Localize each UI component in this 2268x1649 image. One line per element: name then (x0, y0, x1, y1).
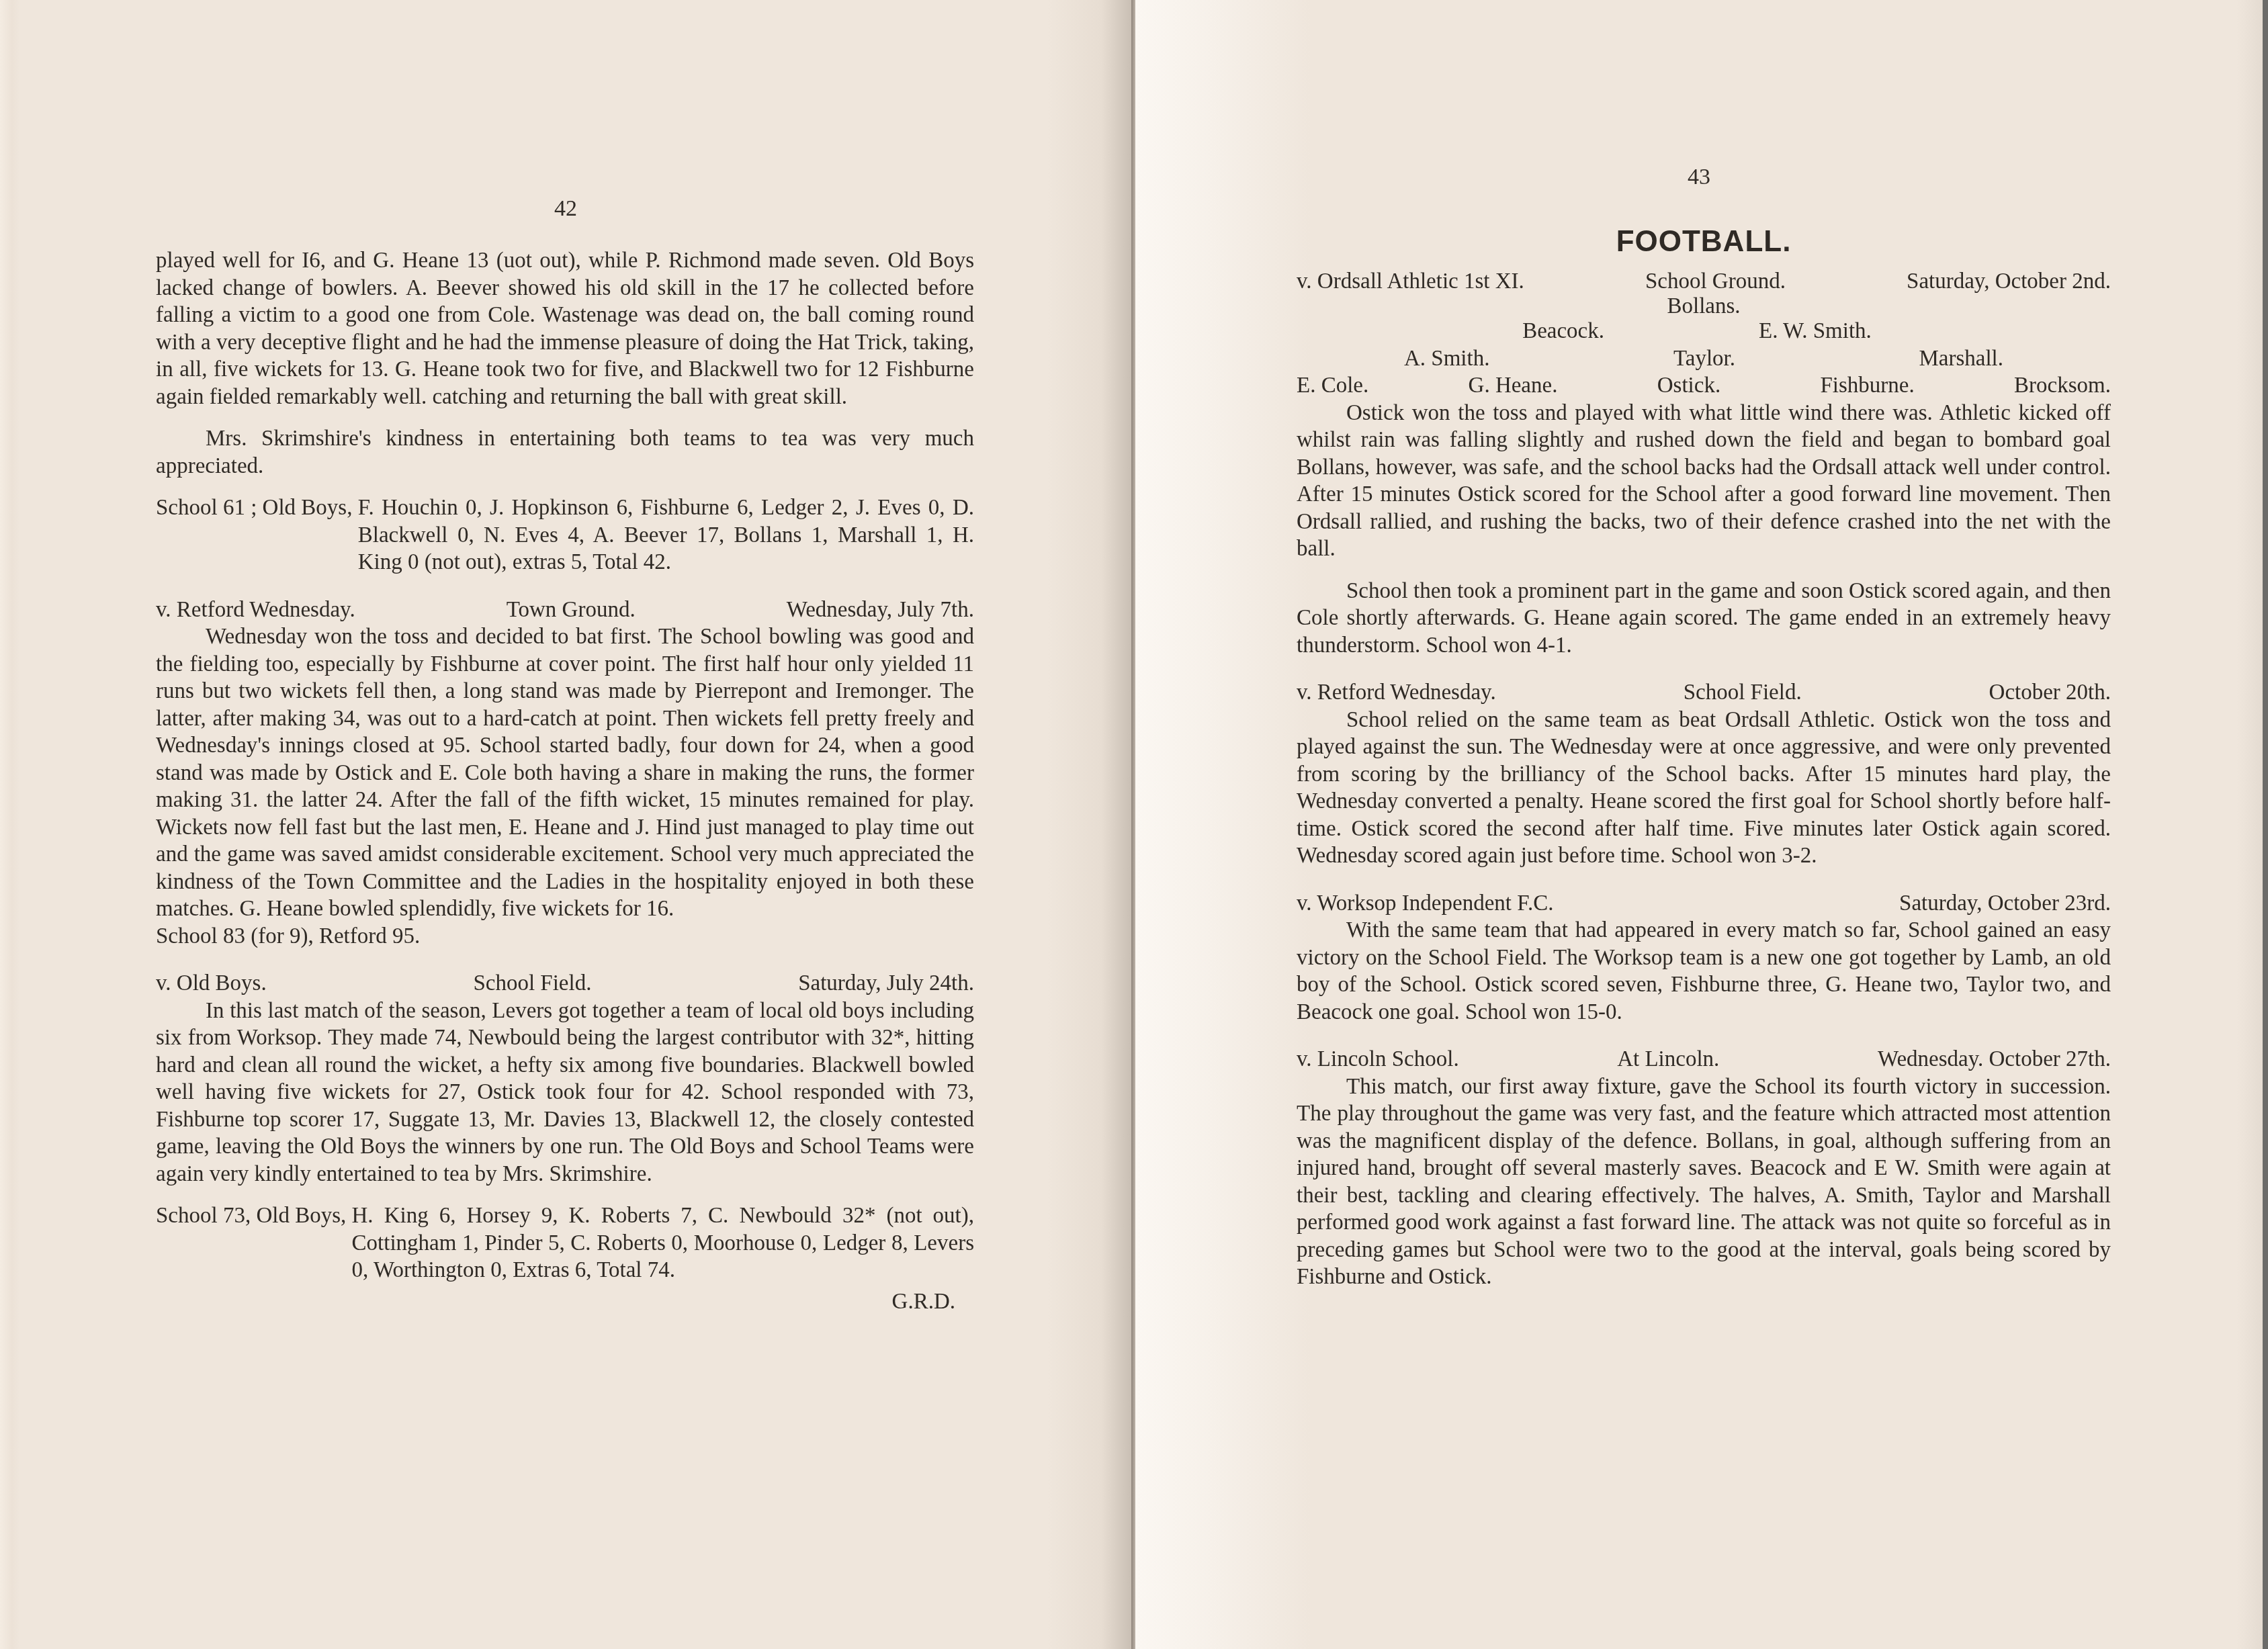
paragraph: Ostick won the toss and played with what… (1297, 400, 2111, 563)
fixture-heading: v. Lincoln School. At Lincoln. Wednesday… (1297, 1046, 2111, 1073)
fixture-heading: v. Worksop Independent F.C. Saturday, Oc… (1297, 890, 2111, 918)
player-name: Bollans. (1667, 295, 1740, 318)
fixture-opponent: v. Ordsall Athletic 1st XI. (1297, 268, 1524, 296)
paragraph: In this last match of the season, Levers… (156, 997, 974, 1188)
fixture-date: October 20th. (1989, 679, 2111, 707)
scorecard-body: H. King 6, Horsey 9, K. Roberts 7, C. Ne… (352, 1202, 974, 1284)
book-edge (2263, 0, 2268, 1649)
player-name: Fishburne. (1821, 372, 1915, 400)
fixture-opponent: v. Retford Wednesday. (156, 596, 355, 624)
fixture-venue: Town Ground. (507, 596, 636, 624)
fixture-date: Saturday, October 23rd. (1899, 890, 2111, 918)
scorecard-body: F. Houchin 0, J. Hopkinson 6, Fishburne … (358, 494, 974, 576)
player-name: Beacock. (1522, 318, 1604, 345)
paragraph: This match, our first away fixture, gave… (1297, 1073, 2111, 1291)
lineup-backs: Beacock. E. W. Smith. (1297, 318, 2111, 345)
fixture-heading: v. Retford Wednesday. School Field. Octo… (1297, 679, 2111, 707)
player-name: Ostick. (1657, 372, 1720, 400)
player-name: E. Cole. (1297, 372, 1368, 400)
player-name: G. Heane. (1469, 372, 1558, 400)
fixture-date: Saturday, October 2nd. (1907, 268, 2111, 296)
fixture-heading: v. Retford Wednesday. Town Ground. Wedne… (156, 596, 974, 624)
page-number: 43 (1135, 165, 2263, 190)
signature: G.R.D. (156, 1288, 974, 1316)
lineup-forwards: E. Cole. G. Heane. Ostick. Fishburne. Br… (1297, 372, 2111, 400)
paragraph: School then took a prominent part in the… (1297, 578, 2111, 660)
fixture-date: Wednesday. October 27th. (1878, 1046, 2111, 1073)
lineup-halves: A. Smith. Taylor. Marshall. (1297, 345, 2111, 373)
left-text-column: played well for I6, and G. Heane 13 (uot… (156, 247, 974, 1315)
lineup-goal: Bollans. (1297, 295, 2111, 318)
section-title: FOOTBALL. (1297, 228, 2111, 256)
right-page: 43 FOOTBALL. v. Ordsall Athletic 1st XI.… (1135, 0, 2263, 1649)
paragraph: With the same team that had appeared in … (1297, 917, 2111, 1026)
fixture-venue: At Lincoln. (1617, 1046, 1719, 1073)
right-text-column: FOOTBALL. v. Ordsall Athletic 1st XI. Sc… (1297, 228, 2111, 1291)
paragraph: played well for I6, and G. Heane 13 (uot… (156, 247, 974, 410)
fixture-venue: School Ground. (1645, 268, 1786, 296)
paragraph: School relied on the same team as beat O… (1297, 707, 2111, 870)
fixture-date: Saturday, July 24th. (798, 970, 974, 997)
paragraph: Wednesday won the toss and decided to ba… (156, 623, 974, 923)
fixture-opponent: v. Retford Wednesday. (1297, 679, 1496, 707)
fixture-heading: v. Ordsall Athletic 1st XI. School Groun… (1297, 268, 2111, 296)
scorecard-lead: School 61 ; Old Boys, (156, 494, 352, 576)
player-name: Brocksom. (2014, 372, 2111, 400)
result-line: School 83 (for 9), Retford 95. (156, 923, 974, 950)
fixture-heading: v. Old Boys. School Field. Saturday, Jul… (156, 970, 974, 997)
paragraph: Mrs. Skrimshire's kindness in entertaini… (156, 425, 974, 480)
player-name: E. W. Smith. (1759, 318, 1872, 345)
player-name: Taylor. (1673, 345, 1735, 373)
left-page: 42 played well for I6, and G. Heane 13 (… (0, 0, 1131, 1649)
player-name: A. Smith. (1404, 345, 1489, 373)
fixture-venue: School Field. (1684, 679, 1802, 707)
scorecard-lead: School 73, Old Boys, (156, 1202, 346, 1284)
fixture-opponent: v. Worksop Independent F.C. (1297, 890, 1553, 918)
team-lineup: Bollans. Beacock. E. W. Smith. A. Smith.… (1297, 295, 2111, 400)
player-name: Marshall. (1919, 345, 2003, 373)
fixture-opponent: v. Old Boys. (156, 970, 267, 997)
page-number: 42 (0, 196, 1131, 222)
scorecard: School 73, Old Boys, H. King 6, Horsey 9… (156, 1202, 974, 1284)
fixture-venue: School Field. (473, 970, 591, 997)
scorecard: School 61 ; Old Boys, F. Houchin 0, J. H… (156, 494, 974, 576)
fixture-opponent: v. Lincoln School. (1297, 1046, 1459, 1073)
fixture-date: Wednesday, July 7th. (787, 596, 974, 624)
